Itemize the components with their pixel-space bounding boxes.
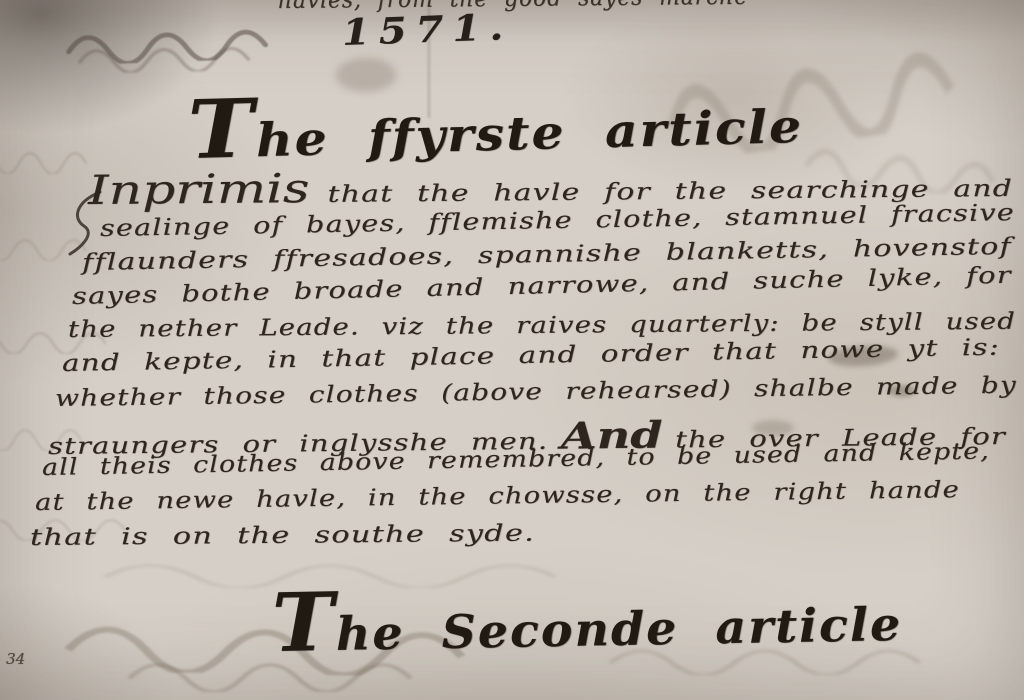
scribble-ghost-text	[61, 24, 272, 65]
bleed-through-ghost-text	[0, 235, 90, 261]
margin-folio-number: 34	[6, 650, 25, 668]
paragraph-line-10: at the newe havle, in the chowsse, on th…	[35, 477, 960, 516]
second-article-heading: The Seconde article	[271, 574, 902, 661]
year-date: 1571.	[341, 6, 512, 54]
paragraph-line-7: whether those clothes (above rehearsed) …	[55, 373, 1017, 412]
manuscript-page: havles, from the good sayes marche 1571.…	[0, 0, 1024, 700]
bleed-through-ghost-text	[120, 658, 420, 692]
paragraph-line-11: that is on the southe syde.	[30, 521, 535, 551]
first-article-heading: The ffyrste article	[187, 76, 804, 169]
scribble-ghost-text	[74, 42, 254, 73]
bleed-through-ghost-text	[0, 148, 90, 174]
inprimis-lead-word: Inprimis	[88, 166, 310, 214]
